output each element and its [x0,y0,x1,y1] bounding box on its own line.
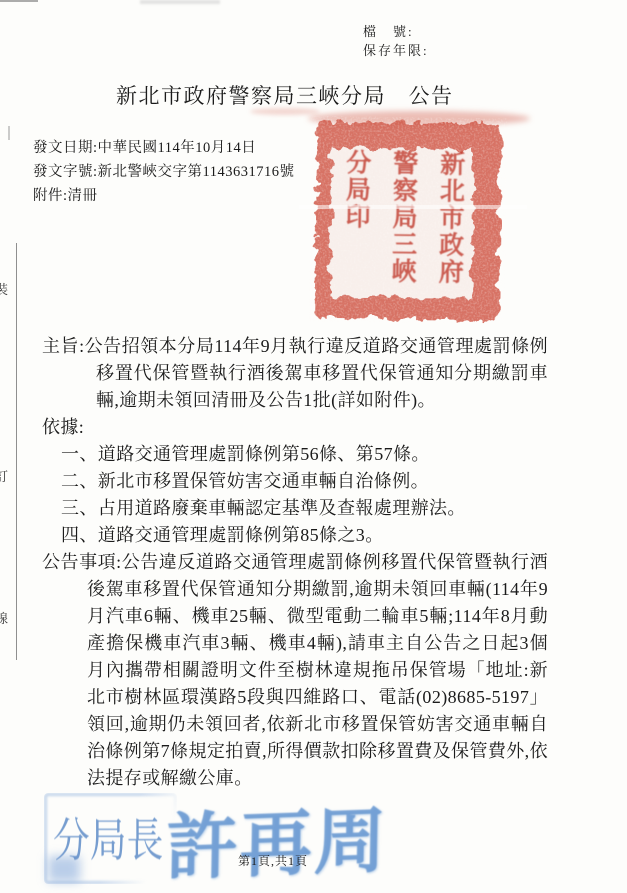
scan-artifact-line [299,205,527,209]
page-number: 第1頁,共1頁 [238,852,308,869]
file-number-label: 檔 號: [363,22,429,41]
announcement-label: 公告事項: [42,552,122,572]
seal-script-text: 新北市政府警察局三峽分局印 [330,149,474,301]
announcement-paragraph: 公告事項:公告違反道路交通管理處罰條例移置代保管暨執行酒後駕車移置代保管通知分期… [42,549,548,792]
subject-text: 公告招領本分局114年9月執行違反道路交通管理處罰條例移置代保管暨執行酒後駕車移… [84,336,548,410]
binding-mark-ding: 訂 [0,466,8,485]
binding-mark-xian: 線 [0,608,8,627]
chief-signature: 許再周 [165,782,389,893]
basis-item: 一、道路交通管理處罰條例第56條、第57條。 [42,441,548,468]
binding-line [16,243,17,660]
issue-date-label: 發文日期: [33,140,98,156]
doc-number-label: 發文字號: [33,164,98,180]
basis-item: 四、道路交通管理處罰條例第85條之3。 [42,522,548,549]
attachment-label: 附件: [33,188,68,204]
scan-artifact-left-tick [8,126,10,140]
signature-block: 分局長 許再周 [46,790,406,890]
document-meta: 發文日期:中華民國114年10月14日 發文字號:新北警峽交字第11436317… [33,136,295,208]
basis-label: 依據: [42,414,548,441]
issue-date-row: 發文日期:中華民國114年10月14日 [33,136,295,160]
basis-item: 二、新北市移置保管妨害交通車輛自治條例。 [42,468,548,495]
official-seal: 新北市政府警察局三峽分局印 [303,112,514,331]
attachment-row: 附件:清冊 [33,184,295,208]
doc-number-value: 新北警峽交字第1143631716號 [98,164,295,180]
announcement-text: 公告違反道路交通管理處罰條例移置代保管暨執行酒後駕車移置代保管通知分期繳罰,逾期… [87,552,548,788]
binding-mark-zhuang: 裝 [0,279,8,298]
basis-item: 三、占用道路廢棄車輛認定基準及查報處理辦法。 [42,495,548,522]
retention-period-label: 保存年限: [363,41,429,60]
subject-paragraph: 主旨:公告招領本分局114年9月執行違反道路交通管理處罰條例移置代保管暨執行酒後… [42,333,548,414]
issue-date-value: 中華民國114年10月14日 [98,140,257,156]
document-body: 主旨:公告招領本分局114年9月執行違反道路交通管理處罰條例移置代保管暨執行酒後… [42,333,548,792]
doc-number-row: 發文字號:新北警峽交字第1143631716號 [33,160,295,184]
scan-artifact-top-left [0,0,38,2]
scan-artifact-top [140,0,220,4]
attachment-value: 清冊 [68,188,98,204]
document-title: 新北市政府警察局三峽分局 公告 [116,80,454,110]
scanned-announcement-page: 檔 號: 保存年限: 新北市政府警察局三峽分局 公告 [0,0,627,893]
chief-title-stamp: 分局長 [53,804,163,870]
subject-label: 主旨: [42,336,84,356]
archive-labels: 檔 號: 保存年限: [363,22,429,60]
